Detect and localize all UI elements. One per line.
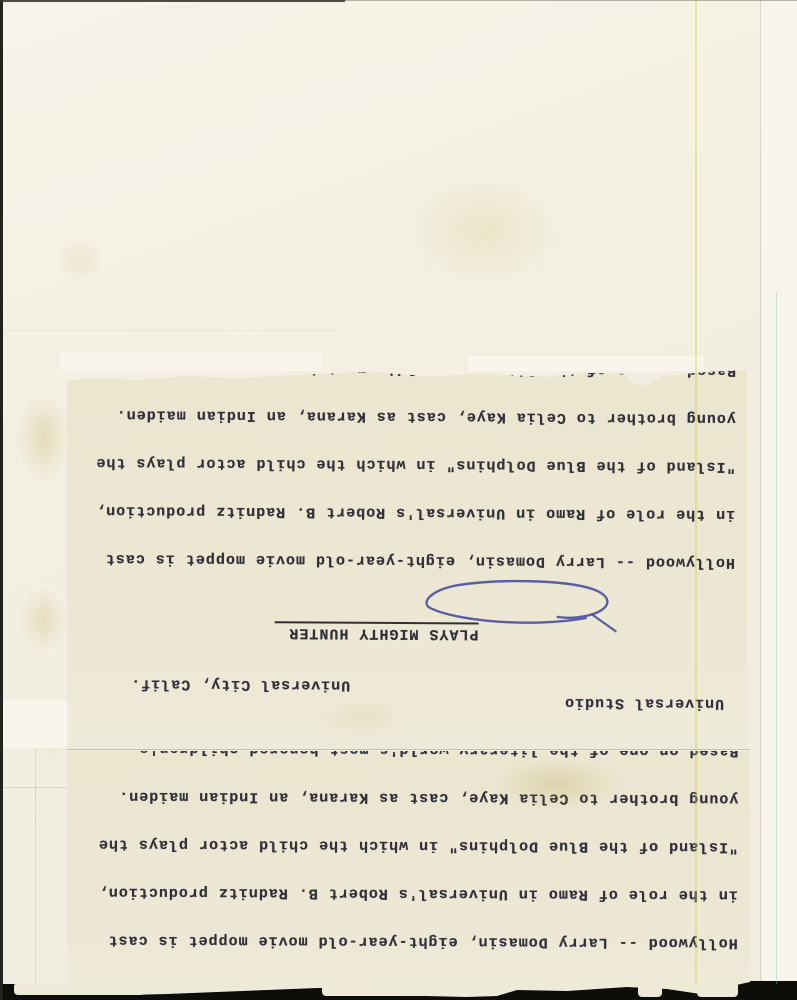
typed-line: "Island of the Blue Dolphins" in which t… bbox=[98, 836, 738, 855]
photo-mount-edge-corner bbox=[0, 987, 14, 1000]
rotated-typed-content: Universal Studio Universal City, Calif. … bbox=[66, 366, 748, 751]
typed-line: Based on one of the literary world's mos… bbox=[96, 358, 736, 378]
typed-line: Andersen Foundation. In addition "Island… bbox=[97, 118, 737, 138]
photo-edge-top bbox=[0, 0, 345, 2]
ink-circle-annotation bbox=[412, 573, 622, 626]
press-release-sheet-upper: Universal Studio Universal City, Calif. … bbox=[67, 368, 747, 749]
scanned-press-release-photo: Universal Studio Universal City, Calif. … bbox=[0, 0, 797, 1000]
typed-line: Hollywood -- Larry Domasin, eight-year-o… bbox=[98, 932, 738, 951]
typed-line: school systems over the nation. (1935-85… bbox=[98, 22, 738, 42]
photo-mount-edge-corner bbox=[735, 981, 797, 1000]
paper-layer-band bbox=[0, 700, 67, 748]
typed-line: young brother to Celia Kaye, cast as Kar… bbox=[98, 788, 738, 807]
paper-seam bbox=[0, 787, 67, 788]
attribution-code: (1935-85) bbox=[151, 24, 241, 41]
paper-stain bbox=[18, 585, 68, 655]
typed-line: "Island of the Blue Dolphins" in which t… bbox=[95, 454, 735, 474]
typed-line: novels, "Island of the Blue Dolphins" wo… bbox=[96, 310, 736, 330]
paper-stain bbox=[400, 170, 565, 290]
photo-edge-top-faint bbox=[0, 0, 797, 1]
scan-streak-teal bbox=[776, 292, 777, 984]
typed-line: literary honors including the William Al… bbox=[97, 214, 737, 234]
paper-seam bbox=[35, 745, 36, 985]
paper-layer-band bbox=[468, 356, 704, 371]
typed-line: Juvenile Book Council prize and an award… bbox=[97, 166, 737, 186]
paper-seam bbox=[67, 749, 750, 750]
paper-stain bbox=[16, 392, 71, 482]
studio-location: Universal City, Calif. bbox=[130, 675, 350, 692]
paper-layer-band bbox=[60, 352, 322, 371]
paper-layer-band bbox=[762, 0, 797, 984]
typed-line: Hollywood -- Larry Domasin, eight-year-o… bbox=[95, 550, 735, 570]
typed-line: young brother to Celia Kaye, cast as Kar… bbox=[96, 406, 736, 426]
studio-header-row: Universal Studio Universal City, Calif. bbox=[66, 707, 746, 727]
typed-line: in the role of Ramo in Universal's Rober… bbox=[98, 884, 738, 903]
paper-stain bbox=[55, 238, 105, 283]
photo-edge-left bbox=[0, 0, 3, 1000]
typed-line: has become required reading in elementar… bbox=[98, 70, 738, 90]
studio-name: Universal Studio bbox=[564, 694, 724, 711]
typed-line-text: school systems over the nation. bbox=[328, 8, 638, 27]
paper-seam bbox=[760, 0, 761, 984]
typed-line: in the role of Ramo in Universal's Rober… bbox=[95, 502, 735, 522]
typed-line: Medal award for author Scott O'Dell as w… bbox=[97, 262, 737, 282]
typed-paragraph: Hollywood -- Larry Domasin, eight-year-o… bbox=[95, 0, 739, 602]
paper-stain bbox=[28, 700, 73, 760]
press-release-sheet-lower: Hollywood -- Larry Domasin, eight-year-o… bbox=[67, 751, 750, 997]
rotated-typed-content: Hollywood -- Larry Domasin, eight-year-o… bbox=[66, 750, 750, 999]
paper-seam bbox=[0, 330, 340, 331]
